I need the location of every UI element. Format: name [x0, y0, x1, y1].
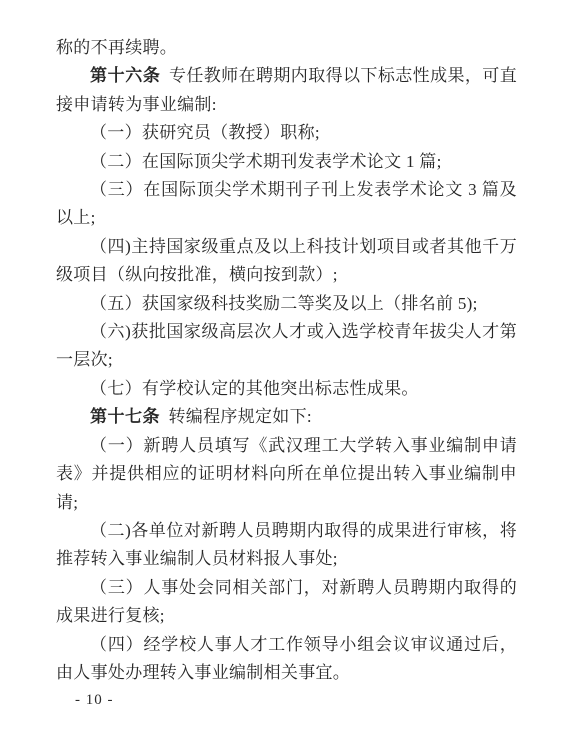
paragraph: （六)获批国家级高层次人才或入选学校青年拔尖人才第一层次;: [56, 318, 517, 375]
paragraph: （二）在国际顶尖学术期刊发表学术论文 1 篇;: [56, 148, 517, 176]
paragraph: （三）在国际顶尖学术期刊子刊上发表学术论文 3 篇及以上;: [56, 176, 517, 233]
paragraph-text: （一）获研究员（教授）职称;: [90, 123, 320, 142]
paragraph: 第十七条转编程序规定如下:: [56, 403, 517, 431]
paragraph: （三）人事处会同相关部门，对新聘人员聘期内取得的成果进行复核;: [56, 574, 517, 631]
paragraph: （七）有学校认定的其他突出标志性成果。: [56, 375, 517, 403]
paragraph-text: （六)获批国家级高层次人才或入选学校青年拔尖人才第一层次;: [56, 322, 517, 369]
paragraph-text: （四）经学校人事人才工作领导小组会议审议通过后，由人事处办理转入事业编制相关事宜…: [56, 635, 517, 682]
paragraph-text: （三）在国际顶尖学术期刊子刊上发表学术论文 3 篇及以上;: [56, 180, 517, 227]
paragraph-text: （四)主持国家级重点及以上科技计划项目或者其他千万级项目（纵向按批准，横向按到款…: [56, 237, 517, 284]
paragraph: （四）经学校人事人才工作领导小组会议审议通过后，由人事处办理转入事业编制相关事宜…: [56, 631, 517, 688]
paragraph: 第十六条专任教师在聘期内取得以下标志性成果，可直接申请转为事业编制:: [56, 62, 517, 119]
paragraph-text: 称的不再续聘。: [56, 38, 177, 57]
paragraph: 称的不再续聘。: [56, 34, 517, 62]
document-body: 称的不再续聘。第十六条专任教师在聘期内取得以下标志性成果，可直接申请转为事业编制…: [56, 34, 517, 687]
paragraph: （一）新聘人员填写《武汉理工大学转入事业编制申请表》并提供相应的证明材料向所在单…: [56, 432, 517, 517]
document-page: 称的不再续聘。第十六条专任教师在聘期内取得以下标志性成果，可直接申请转为事业编制…: [0, 0, 570, 740]
paragraph-text: （一）新聘人员填写《武汉理工大学转入事业编制申请表》并提供相应的证明材料向所在单…: [56, 436, 517, 512]
paragraph-text: （二)各单位对新聘人员聘期内取得的成果进行审核，将推荐转入事业编制人员材料报人事…: [56, 521, 517, 568]
paragraph-text: （三）人事处会同相关部门，对新聘人员聘期内取得的成果进行复核;: [56, 578, 517, 625]
paragraph: （四)主持国家级重点及以上科技计划项目或者其他千万级项目（纵向按批准，横向按到款…: [56, 233, 517, 290]
paragraph: （五）获国家级科技奖励二等奖及以上（排名前 5);: [56, 290, 517, 318]
article-heading: 第十六条: [90, 66, 160, 85]
page-number: - 10 -: [75, 692, 114, 709]
paragraph-text: （五）获国家级科技奖励二等奖及以上（排名前 5);: [90, 294, 478, 313]
paragraph-text: （七）有学校认定的其他突出标志性成果。: [90, 379, 419, 398]
article-heading: 第十七条: [90, 407, 160, 426]
paragraph: （一）获研究员（教授）职称;: [56, 119, 517, 147]
paragraph-text: 转编程序规定如下:: [169, 407, 312, 426]
paragraph: （二)各单位对新聘人员聘期内取得的成果进行审核，将推荐转入事业编制人员材料报人事…: [56, 517, 517, 574]
paragraph-text: （二）在国际顶尖学术期刊发表学术论文 1 篇;: [90, 152, 442, 171]
